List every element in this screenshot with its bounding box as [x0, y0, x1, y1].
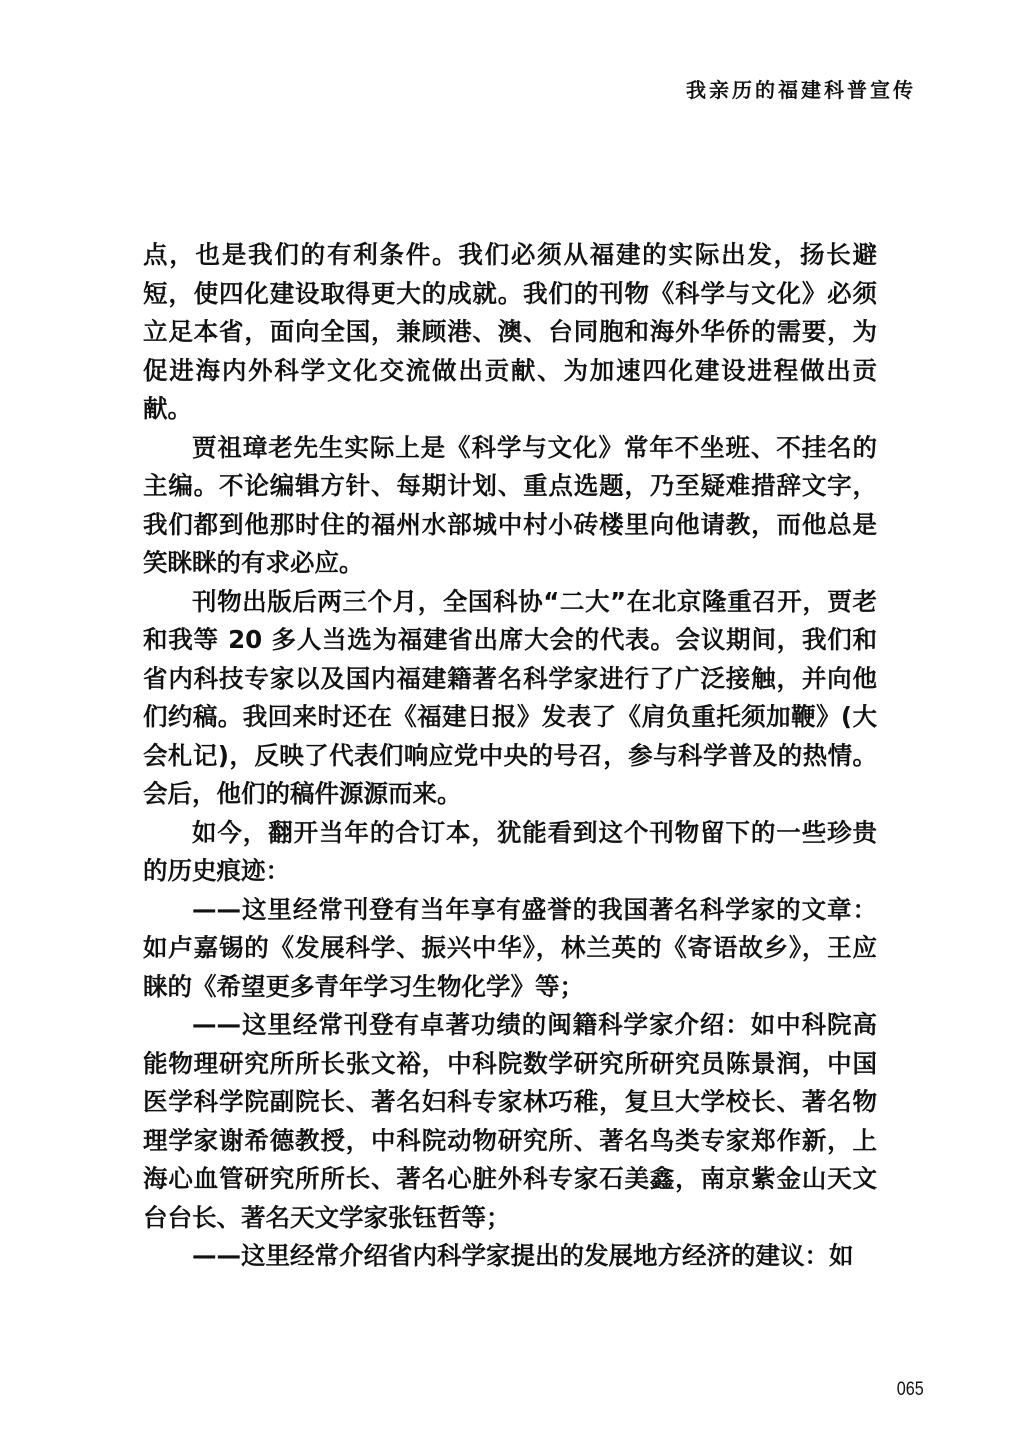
book-page: 我亲历的福建科普宣传 点，也是我们的有利条件。我们必须从福建的实际出发，扬长避短… [0, 0, 1022, 1453]
paragraph: 如今，翻开当年的合订本，犹能看到这个刊物留下的一些珍贵的历史痕迹： [143, 814, 877, 891]
paragraph: 刊物出版后两三个月，全国科协“二大”在北京隆重召开，贾老和我等 20 多人当选为… [143, 583, 877, 814]
running-head-title: 我亲历的福建科普宣传 [686, 74, 916, 103]
body-text: 点，也是我们的有利条件。我们必须从福建的实际出发，扬长避短，使四化建设取得更大的… [143, 236, 877, 1276]
paragraph-list-item: ——这里经常刊登有卓著功绩的闽籍科学家介绍：如中科院高能物理研究所所长张文裕，中… [143, 1006, 877, 1237]
paragraph: 贾祖璋老先生实际上是《科学与文化》常年不坐班、不挂名的主编。不论编辑方针、每期计… [143, 429, 877, 583]
paragraph-continuation: 点，也是我们的有利条件。我们必须从福建的实际出发，扬长避短，使四化建设取得更大的… [143, 236, 877, 429]
paragraph-list-item: ——这里经常刊登有当年享有盛誉的我国著名科学家的文章：如卢嘉锡的《发展科学、振兴… [143, 891, 877, 1007]
page-number: 065 [897, 1379, 924, 1401]
paragraph-list-item: ——这里经常介绍省内科学家提出的发展地方经济的建议：如 [143, 1237, 877, 1276]
